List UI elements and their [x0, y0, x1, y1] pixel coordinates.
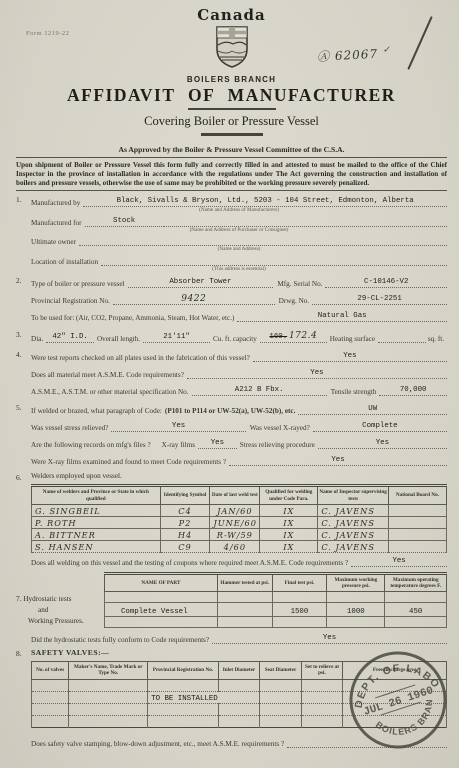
table-cell	[218, 703, 260, 715]
welder-name: A. Bittner	[32, 528, 161, 540]
section-material: 4. Were test reports checked on all plat…	[16, 349, 447, 396]
item-number: 8.	[16, 648, 31, 747]
answer-value: UW	[298, 405, 447, 415]
section-dimensions: 3. Dia.42" I.D.Overall length.21'11"Cu. …	[16, 329, 447, 343]
provincial-registration-value: 9422	[113, 295, 275, 305]
field-hint: (Name and Address of Purchaser or Consig…	[31, 227, 447, 234]
table-cell	[260, 715, 302, 727]
welder-symbol: C9	[160, 540, 210, 552]
welders-heading: Welders employed upon vessel.	[31, 472, 447, 480]
field-label: To be used for: (Air, CO2, Propane, Ammo…	[31, 314, 237, 322]
table-cell	[343, 691, 447, 703]
welder-name: P. Roth	[32, 516, 161, 528]
material-spec-value: A212 B Fbx.	[192, 386, 327, 396]
question-label: Does all material meet A.S.M.E. Code req…	[31, 371, 187, 379]
item-number: 3.	[16, 329, 31, 343]
hammer-test	[217, 592, 272, 603]
field-hint: (This address is essential)	[31, 266, 447, 273]
table-cell	[148, 715, 219, 727]
form-number: Form 1219-22	[26, 30, 69, 37]
table-header-cell: Seat Diameter	[260, 662, 302, 679]
weld-test-date: Jan/60	[210, 504, 260, 516]
field-hint: (Name and Address of Manufacturers)	[31, 207, 447, 214]
table-cell	[343, 679, 447, 691]
table-header-row: Name of welders and Province or State in…	[32, 486, 447, 504]
section-manufacturer: 1. Manufactured byBlack, Sivalls & Bryso…	[16, 194, 447, 272]
drawing-number-value: 29-CL-2251	[312, 295, 447, 305]
welder-name: S. Hansen	[32, 540, 161, 552]
answer-value: Yes	[318, 439, 447, 449]
field-label: Cu. ft. capacity	[210, 335, 260, 343]
table-cell	[343, 703, 447, 715]
answer-value: Yes	[111, 422, 245, 432]
table-header-row: No. of valves Maker's Name, Trade Mark o…	[32, 662, 447, 679]
inspector-name: C. Javens	[318, 528, 389, 540]
question-label: Was vessel stress relieved?	[31, 424, 111, 432]
code-para: IX	[260, 540, 318, 552]
table-cell	[32, 679, 69, 691]
table-cell	[343, 715, 447, 727]
manufactured-by-value: Black, Sivalls & Bryson, Ltd., 5203 - 10…	[83, 197, 447, 207]
answer-value: Yes	[212, 634, 447, 644]
item-number: 5.	[16, 402, 31, 466]
question-label: Does safety valve stamping, blow-down ad…	[31, 740, 287, 748]
hydro-heading-line1: Hydrostatic tests	[23, 595, 71, 603]
table-cell	[218, 715, 260, 727]
table-cell	[301, 703, 343, 715]
question-label: Stress relieving procedure	[237, 441, 318, 449]
field-label: Manufactured by	[31, 199, 83, 207]
table-cell	[260, 691, 302, 703]
code-para: IX	[260, 516, 318, 528]
table-header-cell: Final test psi.	[272, 573, 327, 591]
table-cell	[260, 679, 302, 691]
safety-valves-table: No. of valves Maker's Name, Trade Mark o…	[31, 661, 447, 727]
max-operating-temp	[385, 592, 447, 603]
hammer-test	[217, 617, 272, 628]
welder-name: G. Singbeil	[32, 504, 161, 516]
capacity-handwritten: 172.4	[289, 331, 317, 341]
table-row: Complete Vessel 1500 1000 450	[105, 603, 447, 617]
table-cell	[69, 703, 148, 715]
answer-value: Yes	[187, 369, 447, 379]
item-number: 1.	[16, 194, 31, 272]
hydro-heading-line3: Working Pressures.	[16, 617, 104, 625]
national-board-no	[388, 528, 446, 540]
field-label: Heating surface	[327, 335, 378, 343]
field-label: Type of boiler or pressure vessel	[31, 280, 128, 288]
table-cell	[69, 691, 148, 703]
item-number: 4.	[16, 349, 31, 396]
diameter-value: 42" I.D.	[46, 333, 94, 343]
part-name	[105, 617, 218, 628]
answer-value: Yes	[351, 557, 447, 567]
field-label: Manufactured for	[31, 219, 85, 227]
final-test: 1500	[272, 603, 327, 617]
field-label: Mfg. Serial No.	[273, 280, 325, 288]
table-header-cell: Qualified for welding under Code Para.	[260, 486, 318, 504]
installation-location-value	[101, 256, 447, 266]
answer-value: Yes	[229, 456, 447, 466]
table-cell	[32, 715, 69, 727]
answer-value	[287, 738, 447, 748]
section-vessel-identity: 2. Type of boiler or pressure vesselAbso…	[16, 275, 447, 322]
checkmark-icon: ✓	[382, 45, 391, 55]
reference-number: Ⓐ 62067	[316, 47, 378, 64]
national-board-no	[388, 516, 446, 528]
max-working-pressure	[327, 617, 385, 628]
field-label: Ultimate owner	[31, 238, 79, 246]
question-label-bold: (P101 to P114 or UW-52(a), UW-52(b), etc…	[165, 407, 298, 415]
table-header-cell: Maximum working pressure psi.	[327, 573, 385, 591]
weld-test-date: June/60	[210, 516, 260, 528]
question-label: Are the following records on mfg's files…	[31, 441, 154, 449]
field-label: Location of installation	[31, 258, 101, 266]
table-header-cell: No. of valves	[32, 662, 69, 679]
country-title: Canada	[16, 6, 447, 24]
table-row	[105, 592, 447, 603]
field-label: Provincial Registration No.	[31, 297, 113, 305]
subtitle-underline	[201, 133, 263, 136]
field-unit: sq. ft.	[426, 335, 447, 343]
table-header-cell: National Board No.	[388, 486, 446, 504]
welder-symbol: C4	[160, 504, 210, 516]
question-label: If welded or brazed, what paragraph of C…	[31, 407, 165, 415]
table-cell	[32, 691, 69, 703]
manufactured-for-value: Stock	[85, 217, 164, 227]
section-welders: 6. Welders employed upon vessel. Name of…	[16, 472, 447, 566]
table-cell	[301, 691, 343, 703]
table-header-cell: Identifying Symbol	[160, 486, 210, 504]
question-label: X-ray films	[154, 441, 198, 449]
table-header-cell: Name of Inspector supervising tests	[318, 486, 389, 504]
to-be-installed-note: TO BE INSTALLED	[148, 691, 260, 703]
field-label: Overall length.	[94, 335, 143, 343]
item-number: 6.	[16, 472, 31, 566]
max-operating-temp: 450	[385, 603, 447, 617]
table-row: G. Singbeil C4 Jan/60 IX C. Javens	[32, 504, 447, 516]
blank-line	[164, 217, 447, 227]
max-operating-temp	[385, 617, 447, 628]
approval-line: As Approved by the Boiler & Pressure Ves…	[16, 145, 447, 154]
code-para: IX	[260, 504, 318, 516]
section-safety-valves: 8. SAFETY VALVES:— No. of valves Maker's…	[16, 648, 447, 747]
question-label: Was vessel X-rayed?	[246, 424, 313, 432]
section-hydrostatic: 7. Hydrostatic tests and Working Pressur…	[16, 572, 447, 628]
welders-table: Name of welders and Province or State in…	[31, 484, 447, 552]
hydro-heading-line2: and	[16, 606, 104, 614]
document-title: AFFIDAVIT OF MANUFACTURER	[16, 85, 447, 106]
max-working-pressure: 1000	[327, 603, 385, 617]
table-row	[32, 679, 447, 691]
table-row: TO BE INSTALLED	[32, 691, 447, 703]
table-row: A. Bittner H4 R-W/59 IX C. Javens	[32, 528, 447, 540]
max-working-pressure	[327, 592, 385, 603]
ultimate-owner-value	[79, 236, 447, 246]
serial-number-value: C-10146-V2	[325, 278, 447, 288]
table-row	[32, 715, 447, 727]
table-header-cell: Hammer tested at psi.	[217, 573, 272, 591]
answer-value: Yes	[253, 352, 447, 362]
table-cell	[260, 703, 302, 715]
table-cell	[32, 703, 69, 715]
table-cell	[69, 715, 148, 727]
table-header-cell: Inlet Diameter	[218, 662, 260, 679]
table-row: S. Hansen C9 4/60 IX C. Javens	[32, 540, 447, 552]
vessel-type-value: Absorber Tower	[128, 278, 274, 288]
section-welding: 5. If welded or brazed, what paragraph o…	[16, 402, 447, 466]
national-board-no	[388, 504, 446, 516]
tensile-strength-value: 70,000	[379, 386, 447, 396]
document-subtitle: Covering Boiler or Pressure Vessel	[16, 114, 447, 129]
table-header-cell: Provincial Registration No.	[148, 662, 219, 679]
branch-title: BOILERS BRANCH	[16, 75, 447, 84]
field-label: Tensile strength	[327, 388, 380, 396]
field-label: Dia.	[31, 335, 46, 343]
welder-symbol: H4	[160, 528, 210, 540]
item-number: 2.	[16, 275, 31, 322]
table-cell	[69, 679, 148, 691]
table-cell	[301, 715, 343, 727]
field-label: Drwg. No.	[275, 297, 313, 305]
answer-value: Complete	[313, 422, 447, 432]
masthead: Canada BOILERS BRANCH AFFIDAVIT OF MANUF…	[16, 6, 447, 136]
title-underline	[188, 108, 276, 110]
code-para: IX	[260, 528, 318, 540]
intro-paragraph: Upon shipment of Boiler or Pressure Vess…	[16, 161, 447, 187]
inspector-name: C. Javens	[318, 540, 389, 552]
divider	[16, 157, 447, 158]
hydrostatic-table: NAME OF PART Hammer tested at psi. Final…	[104, 572, 447, 628]
capacity-typed: 160.	[269, 333, 287, 341]
table-cell	[301, 679, 343, 691]
inspector-name: C. Javens	[318, 504, 389, 516]
table-header-cell: Set to relieve at psi.	[301, 662, 343, 679]
weld-test-date: 4/60	[210, 540, 260, 552]
affidavit-document: Form 1219-22 Ⓐ 62067 ✓ Canada BOILERS BR…	[0, 0, 459, 768]
table-header-cell: Maximum operating temperature degrees F.	[385, 573, 447, 591]
final-test	[272, 592, 327, 603]
used-for-value: Natural Gas	[237, 312, 447, 322]
hammer-test	[217, 603, 272, 617]
national-board-no	[388, 540, 446, 552]
field-hint: (Name and Address)	[31, 246, 447, 253]
table-header-row: NAME OF PART Hammer tested at psi. Final…	[105, 573, 447, 591]
table-row: P. Roth P2 June/60 IX C. Javens	[32, 516, 447, 528]
heating-surface-value	[378, 333, 426, 343]
inspector-name: C. Javens	[318, 516, 389, 528]
safety-valves-heading: SAFETY VALVES:—	[31, 648, 447, 657]
welder-symbol: P2	[160, 516, 210, 528]
part-name: Complete Vessel	[105, 603, 218, 617]
table-cell	[148, 679, 219, 691]
table-header-cell: Free discharge area	[343, 662, 447, 679]
table-cell	[218, 679, 260, 691]
question-label: A.S.M.E., A.S.T.M. or other material spe…	[31, 388, 192, 396]
question-label: Were X-ray films examined and found to m…	[31, 458, 229, 466]
table-row	[105, 617, 447, 628]
table-cell	[148, 703, 219, 715]
question-label: Were test reports checked on all plates …	[31, 354, 253, 362]
table-header-cell: Date of last weld test	[210, 486, 260, 504]
final-test	[272, 617, 327, 628]
weld-test-date: R-W/59	[210, 528, 260, 540]
divider	[16, 190, 447, 191]
length-value: 21'11"	[143, 333, 210, 343]
question-label: Did the hydrostatic tests fully conform …	[31, 636, 212, 644]
answer-value: Yes	[198, 439, 237, 449]
table-header-cell: Maker's Name, Trade Mark or Type No.	[69, 662, 148, 679]
part-name	[105, 592, 218, 603]
item-number: 7.	[16, 593, 22, 603]
table-row	[32, 703, 447, 715]
table-header-cell: NAME OF PART	[105, 573, 218, 591]
question-label: Does all welding on this vessel and the …	[31, 559, 351, 567]
table-header-cell: Name of welders and Province or State in…	[32, 486, 161, 504]
capacity-value: 160. 172.4	[260, 332, 327, 343]
